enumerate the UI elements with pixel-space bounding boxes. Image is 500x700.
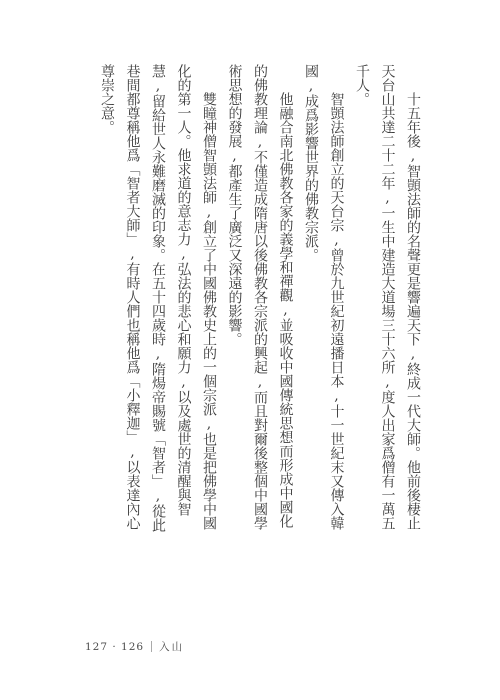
paragraph: 雙瞳神僧智顗法師,創立了中國佛教史上的一個宗派,也是把佛學中國化的第一人。他求道…	[94, 64, 222, 540]
paragraph: 智顗法師創立的天台宗,曾於九世紀初遠播日本,十一世紀末又傳入韓國,成爲影響世界的…	[298, 64, 349, 540]
page-numbers: 127 · 126	[85, 641, 144, 653]
paragraph: 他融合南北佛教各家的義學和禪觀,並吸收中國傳統思想而形成中國化的佛教理論,不僅造…	[221, 64, 298, 540]
paragraph: 十五年後,智顗法師的名聲更是響遍天下,終成一代大師。他前後棲止天台山共達二十二年…	[349, 64, 426, 540]
page-footer: 127 · 126 入山	[85, 639, 184, 654]
footer-divider	[151, 641, 152, 652]
article-text: 十五年後,智顗法師的名聲更是響遍天下,終成一代大師。他前後棲止天台山共達二十二年…	[115, 64, 425, 540]
chapter-title: 入山	[159, 639, 184, 654]
book-page: 十五年後,智顗法師的名聲更是響遍天下,終成一代大師。他前後棲止天台山共達二十二年…	[0, 0, 500, 700]
